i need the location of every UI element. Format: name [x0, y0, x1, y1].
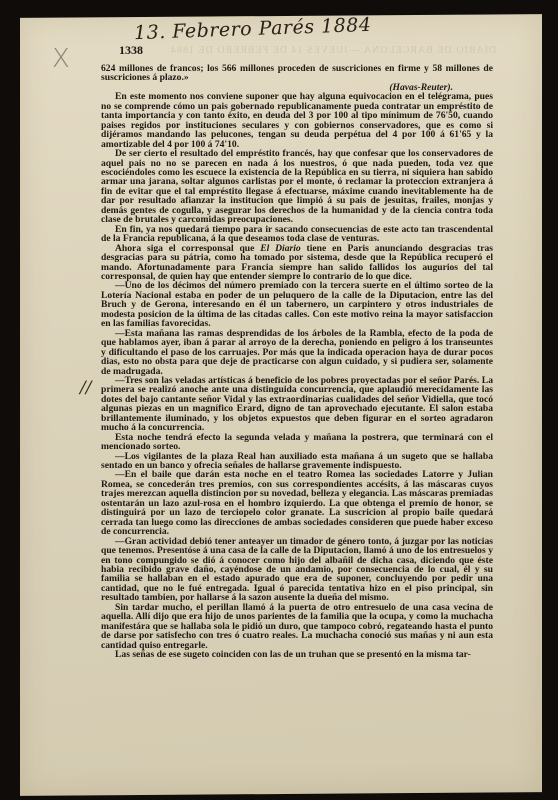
- paragraph: 624 millones de francos; los 566 millone…: [101, 64, 493, 92]
- paragraph: Las señas de ese sugeto coinciden con la…: [101, 650, 493, 659]
- paragraph-text: 624 millones de francos; los 566 millone…: [101, 63, 493, 83]
- paragraph: Sin tardar mucho, el perillan llamó á la…: [101, 603, 493, 650]
- page-number: 1338: [119, 43, 143, 58]
- paragraph: —Esta mañana las ramas desprendidas de l…: [101, 329, 493, 376]
- margin-x-mark: X: [52, 44, 70, 74]
- paragraph: —En el baile que darán esta noche en el …: [101, 470, 493, 536]
- paragraph: En este momento nos conviene suponer que…: [101, 92, 493, 149]
- paragraph: —Gran actividad debió tener anteayer un …: [101, 537, 493, 603]
- paragraph: —Los vigilantes de la plaza Real han aux…: [101, 452, 493, 471]
- paragraph: —Uno de los décimos del número premiado …: [101, 281, 493, 328]
- paragraph: Esta noche tendrá efecto la segunda vela…: [101, 433, 493, 452]
- margin-annotation-mark: //: [80, 378, 91, 398]
- article-body: 624 millones de francos; los 566 millone…: [101, 64, 493, 660]
- paragraph: De ser cierto el resultado del empréstit…: [101, 149, 493, 225]
- paragraph: —Tres son las veladas artísticas á benef…: [101, 376, 493, 433]
- paragraph: Ahora siga el corresponsal que El Diario…: [101, 244, 493, 282]
- bleed-through-header: DIARIO DE BARCELONA.—JUEVES 14 DE FEBRER…: [170, 45, 496, 56]
- paragraph: En fin, ya nos quedará tiempo para ir sa…: [101, 225, 493, 244]
